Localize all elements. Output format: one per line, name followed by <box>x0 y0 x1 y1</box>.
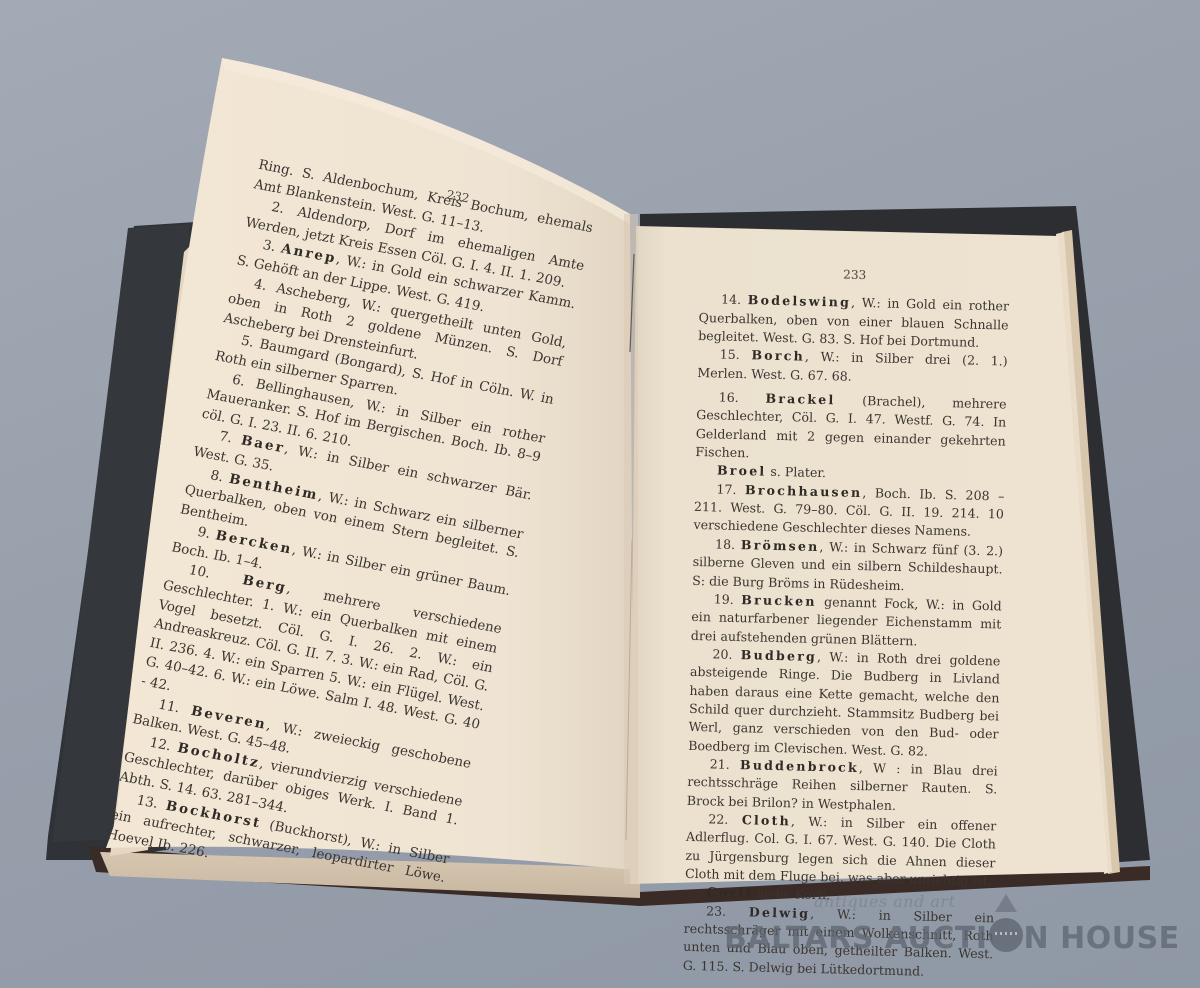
photo-scene: 232 Ring. S. Aldenbochum, Kreis Bochum, … <box>0 0 1200 988</box>
entry: 21. Buddenbrock, W : in Blau drei rechts… <box>687 755 998 818</box>
binding-thread <box>630 254 634 352</box>
entry: 16. Brackel (Brachel), mehrere Geschlech… <box>695 388 1007 469</box>
entry-name: Brömsen <box>741 537 820 554</box>
page-number-right: 233 <box>700 262 1010 288</box>
entry-name: Cloth <box>742 812 792 828</box>
watermark-text-part1: BALTARS AUCTI <box>724 921 988 956</box>
entry-name: Budberg <box>741 647 818 664</box>
entry-name: Brucken <box>741 592 817 609</box>
auction-house-watermark: antiques and art BALTARS AUCTIN HOUSE <box>724 918 1180 956</box>
entry-name: Buddenbrock <box>740 757 859 775</box>
entry: 20. Budberg, W.: in Roth drei goldene ab… <box>688 645 1001 763</box>
entry: 18. Brömsen, W.: in Schwarz fünf (3. 2.)… <box>692 535 1003 598</box>
watermark-script: antiques and art <box>814 892 956 911</box>
entry: 15. Borch, W.: in Silber drei (2. 1.) Me… <box>697 345 1008 389</box>
entry: 14. Bodelswing, W.: in Gold ein rother Q… <box>698 290 1009 353</box>
entry-name: Bodelswing <box>748 293 852 311</box>
entry-name: Brackel <box>765 391 835 408</box>
watermark-text-part2: N HOUSE <box>1024 921 1180 956</box>
entry-name: Broel <box>717 463 767 479</box>
entry: 22. Cloth, W.: in Silber ein offener Adl… <box>685 810 997 891</box>
entry: 19. Brucken genannt Fock, W.: in Gold ei… <box>691 590 1002 653</box>
entry: 17. Brochhausen, Boch. Ib. S. 208 – 211.… <box>693 480 1004 543</box>
entry-name: Corff <box>706 885 753 901</box>
crown-logo-icon <box>989 918 1023 952</box>
entry-name: Brochhausen <box>745 482 863 500</box>
right-page-text: 233 14. Bodelswing, W.: in Gold ein roth… <box>683 262 1010 982</box>
entry-name: Borch <box>751 348 805 364</box>
left-page-text: 232 Ring. S. Aldenbochum, Kreis Bochum, … <box>104 150 596 908</box>
page-number-left: 232 <box>444 186 471 209</box>
